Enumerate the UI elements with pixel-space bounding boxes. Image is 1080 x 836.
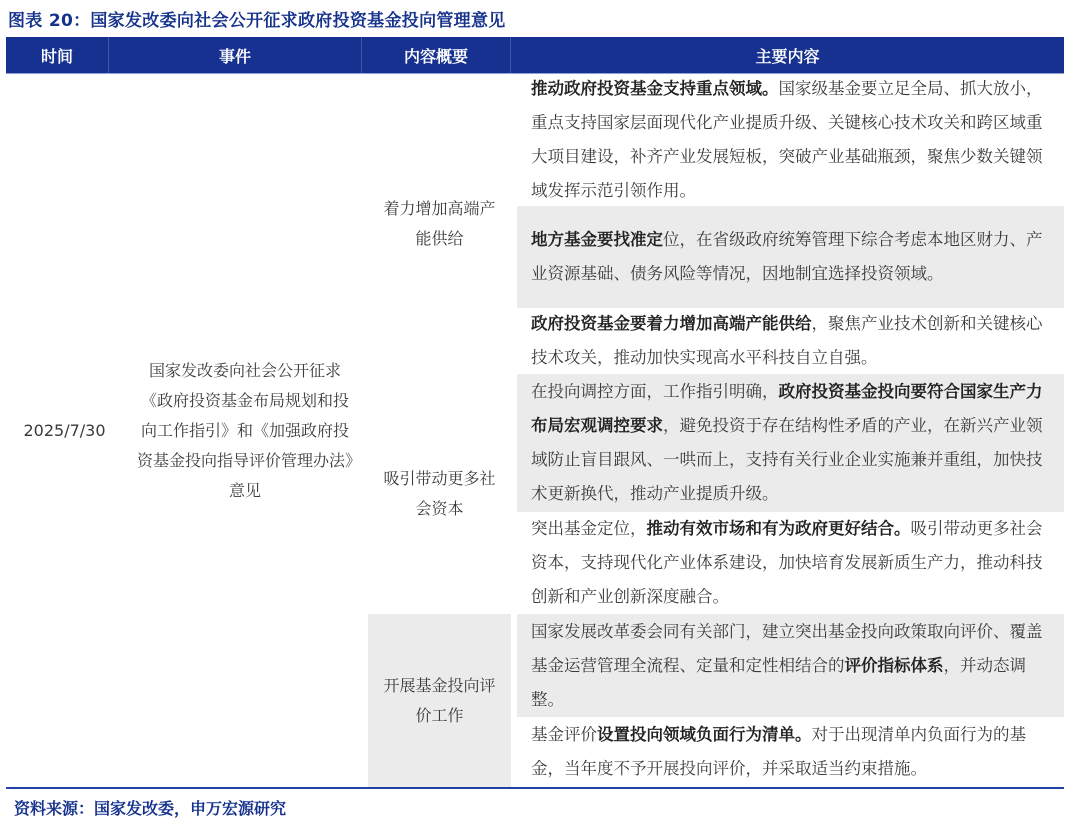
- content-row-6: 国家发展改革委会同有关部门，建立突出基金投向政策取向评价、覆盖基金运营管理全流程…: [517, 614, 1064, 717]
- row-bold: 地方基金要找准定: [531, 230, 663, 249]
- table-header: 时间 事件 内容概要 主要内容: [6, 37, 1064, 74]
- figure-title: 图表 20：国家发改委向社会公开征求政府投资基金投向管理意见: [8, 6, 506, 31]
- time-cell: 2025/7/30: [6, 74, 123, 787]
- content-row-3: 政府投资基金要着力增加高端产能供给，聚焦产业技术创新和关键核心技术攻关，推动加快…: [517, 308, 1064, 374]
- row-bold: 推动政府投资基金支持重点领域。: [531, 79, 779, 98]
- row-text-pre: 在投向调控方面，工作指引明确，: [531, 382, 779, 401]
- content-row-4: 在投向调控方面，工作指引明确，政府投资基金投向要符合国家生产力布局宏观调控要求，…: [517, 374, 1064, 512]
- summary-cell-2: 吸引带动更多社会资本: [368, 374, 511, 614]
- row-bold: 设置投向领域负面行为清单。: [597, 725, 812, 744]
- row-text-pre: 基金评价: [531, 725, 597, 744]
- summary-cell-3: 开展基金投向评价工作: [368, 614, 511, 787]
- table-body: 2025/7/30 国家发改委向社会公开征求《政府投资基金布局规划和投向工作指引…: [6, 74, 1064, 789]
- row-bold: 评价指标体系: [845, 656, 944, 675]
- content-row-1: 推动政府投资基金支持重点领域。国家级基金要立足全局、抓大放小，重点支持国家层面现…: [517, 74, 1064, 206]
- row-bold: 推动有效市场和有为政府更好结合。: [647, 519, 911, 538]
- header-time: 时间: [6, 37, 109, 73]
- row-bold: 政府投资基金要着力增加高端产能供给: [531, 314, 812, 333]
- summary-cell-1: 着力增加高端产能供给: [368, 74, 511, 374]
- content-row-7: 基金评价设置投向领域负面行为清单。对于出现清单内负面行为的基金，当年度不予开展投…: [517, 717, 1064, 787]
- header-summary: 内容概要: [362, 37, 511, 73]
- policy-table: 时间 事件 内容概要 主要内容 2025/7/30 国家发改委向社会公开征求《政…: [6, 37, 1064, 789]
- source-note: 资料来源：国家发改委，申万宏源研究: [14, 796, 286, 819]
- event-cell: 国家发改委向社会公开征求《政府投资基金布局规划和投向工作指引》和《加强政府投资基…: [127, 74, 363, 787]
- row-text-pre: 突出基金定位，: [531, 519, 647, 538]
- content-row-5: 突出基金定位，推动有效市场和有为政府更好结合。吸引带动更多社会资本，支持现代化产…: [517, 512, 1064, 614]
- header-event: 事件: [109, 37, 362, 73]
- content-row-2: 地方基金要找准定位，在省级政府统筹管理下综合考虑本地区财力、产业资源基础、债务风…: [517, 206, 1064, 308]
- header-main-content: 主要内容: [511, 37, 1064, 73]
